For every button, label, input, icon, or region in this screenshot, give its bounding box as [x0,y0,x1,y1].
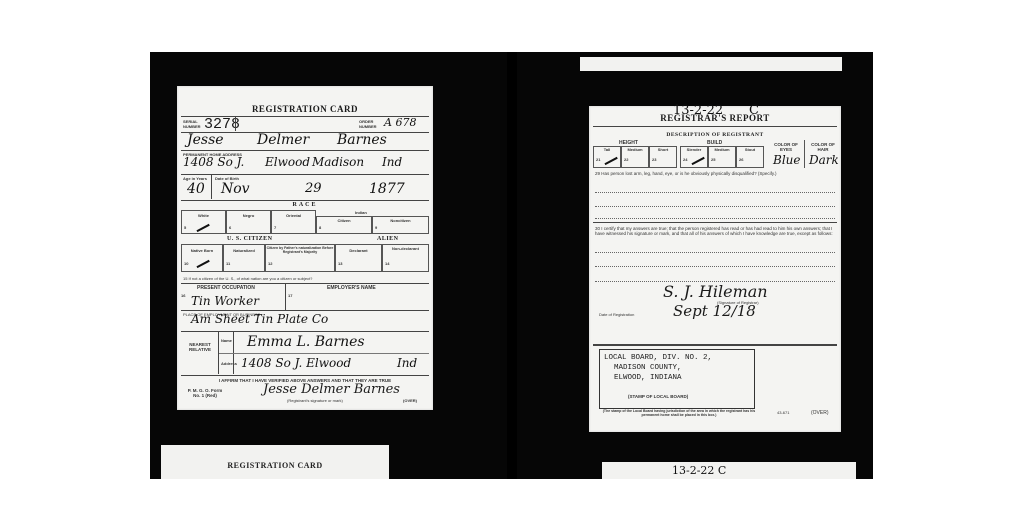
report-title: REGISTRAR'S REPORT [589,113,841,123]
relative-address-label: Address [221,361,237,366]
race-indian-citizen-label: Citizen [317,218,371,223]
middle-name: Delmer [257,132,309,148]
form-id: P. M. G. O. Form No. 1 (Red) [185,388,225,398]
us-citizen-heading: U. S. CITIZEN [227,236,273,242]
naturalized-label: Naturalized [224,248,264,253]
signature-label: (Registrant's signature or mark) [287,398,343,403]
registrars-report-card: 13-2-22 C REGISTRAR'S REPORT DESCRIPTION… [589,106,841,432]
alien-heading: ALIEN [377,236,399,242]
first-name: Jesse [187,132,224,148]
native-born-checkmark [196,260,209,268]
hair-value: Dark [809,153,839,167]
date-of-registration-label: Date of Registration [599,312,634,317]
nearest-relative-label: NEAREST RELATIVE [183,342,217,352]
serial-label: SERIAL NUMBER [183,119,201,129]
relative-state-value: Ind [397,356,417,370]
eyes-value: Blue [773,153,801,167]
q29-disqualification-question: 29 Has person lost arm, leg, hand, eye, … [595,171,835,176]
relative-address-value: 1408 So J. Elwood [241,356,351,370]
previous-card-edge [580,57,842,71]
occupation-label: PRESENT OCCUPATION [197,285,255,291]
indian-label: Indian [355,210,367,215]
last-name: Barnes [337,132,387,148]
home-street: 1408 So J. [183,155,244,169]
description-heading: DESCRIPTION OF REGISTRANT [589,132,841,138]
hair-label: COLOR OF HAIR [806,142,840,152]
relative-name-label: Name [221,338,232,343]
stamp-of-local-board-label: (STAMP OF LOCAL BOARD) [628,394,688,399]
eyes-label: COLOR OF EYES [769,142,803,152]
home-county: Madison [312,155,364,169]
declarant-label: Declarant [336,248,381,253]
age-value: 40 [187,181,205,197]
next-card-stamp: 13-2-22 C [672,464,726,477]
dob-month: Nov [221,181,250,197]
registrant-signature: Jesse Delmer Barnes [263,382,400,397]
next-registration-card-edge: REGISTRATION CARD [161,445,389,479]
registration-card: REGISTRATION CARD SERIAL NUMBER 3278 ORD… [177,86,433,410]
employer-label: EMPLOYER'S NAME [327,285,376,291]
race-white-checkmark [196,224,209,232]
non-declarant-label: Non-declarant [383,246,428,251]
race-negro-label: Negro [227,213,270,218]
order-number: A 678 [384,116,416,129]
home-state: Ind [382,155,402,169]
stamp-note: (The stamp of the Local Board having jur… [599,409,759,417]
next-report-card-edge: 13-2-22 C [602,462,856,479]
dob-year: 1877 [369,181,405,197]
race-oriental-label: Oriental [272,213,315,218]
tall-checkmark [604,157,617,165]
citizen-by-father-label: Citizen by Father's naturalization Befor… [266,246,334,254]
employment-place-value: Am Sheet Tin Plate Co [191,312,328,326]
race-heading: RACE [177,202,433,208]
local-board-line-2: MADISON COUNTY, [614,364,682,372]
dob-day: 29 [305,181,322,196]
local-board-line-3: ELWOOD, INDIANA [614,374,682,382]
date-of-registration-value: Sept 12/18 [673,302,756,320]
relative-name-value: Emma L. Barnes [247,334,365,350]
q15-nation-question: 15 If not a citizen of the U. S., of wha… [183,276,312,281]
form-code: 43-671 [777,410,789,415]
registrar-signature: S. J. Hileman [663,282,768,301]
card-title: REGISTRATION CARD [177,104,433,114]
slender-checkmark [691,157,704,165]
local-board-line-1: LOCAL BOARD, DIV. NO. 2, [604,354,712,362]
native-born-label: Native Born [182,248,222,253]
over-label: (OVER) [811,410,829,416]
page-gutter [507,52,517,479]
occupation-value: Tin Worker [191,294,259,308]
home-city: Elwood [265,155,310,169]
local-board-stamp-box: LOCAL BOARD, DIV. NO. 2, MADISON COUNTY,… [599,349,755,409]
race-white-label: White [182,213,225,218]
race-indian-noncitizen-label: Noncitizen [373,218,428,223]
q30-certification-text: 30 I certify that my answers are true; t… [595,226,835,236]
over-label: (OVER) [403,398,417,403]
order-label: ORDER NUMBER [359,119,379,129]
next-card-title: REGISTRATION CARD [161,461,389,470]
